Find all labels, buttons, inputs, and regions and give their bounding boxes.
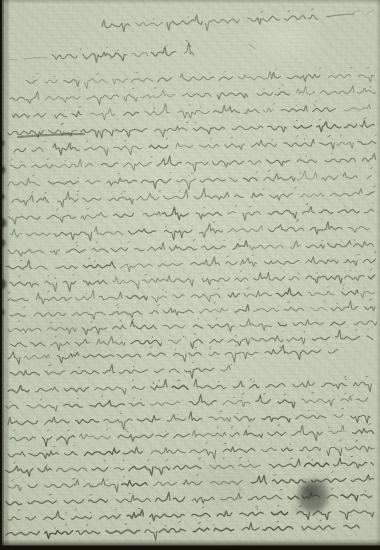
handwriting-line-body2 [6, 392, 368, 411]
pre-salutation-dash-2 [8, 59, 18, 60]
handwriting-line-body [6, 251, 376, 271]
handwriting-line-body2 [8, 376, 371, 395]
handwriting-line-date [102, 9, 318, 32]
margin-scribble-a [353, 11, 360, 13]
handwriting-layer [0, 0, 380, 550]
handwriting-line-body2 [6, 456, 374, 476]
handwriting-line-body [10, 220, 370, 242]
handwriting-line-body2 [8, 408, 370, 429]
handwriting-line-body [10, 329, 373, 351]
handwriting-line-body [8, 239, 374, 256]
handwriting-line-body [8, 285, 375, 305]
handwriting-line-body [8, 167, 372, 189]
scanned-letter-page [0, 0, 380, 550]
bold-cluster [18, 134, 84, 137]
handwriting-line-short-line [10, 362, 232, 378]
ink-blot [295, 480, 328, 514]
handwriting-line-salutation [52, 43, 194, 63]
handwriting-line-body [10, 299, 375, 320]
left-edge-ink-marks [0, 140, 7, 315]
handwriting-line-body [12, 186, 376, 207]
date-flourish-2 [248, 44, 255, 49]
handwriting-line-body2 [6, 520, 359, 540]
date-trailing-dash [326, 14, 354, 17]
margin-scribble-b [366, 10, 374, 15]
handwriting-line-body [8, 318, 377, 335]
pre-salutation-dash [24, 58, 47, 59]
handwriting-line-body [8, 345, 338, 364]
handwriting-line-body2 [10, 423, 374, 446]
handwriting-line-body [12, 101, 370, 120]
handwriting-line-body [10, 268, 375, 291]
handwriting-line-body [10, 153, 376, 172]
handwriting-line-body [10, 84, 376, 105]
handwriting-line-body [14, 134, 377, 155]
handwriting-line-body [26, 67, 374, 89]
handwriting-line-body2 [8, 440, 374, 460]
